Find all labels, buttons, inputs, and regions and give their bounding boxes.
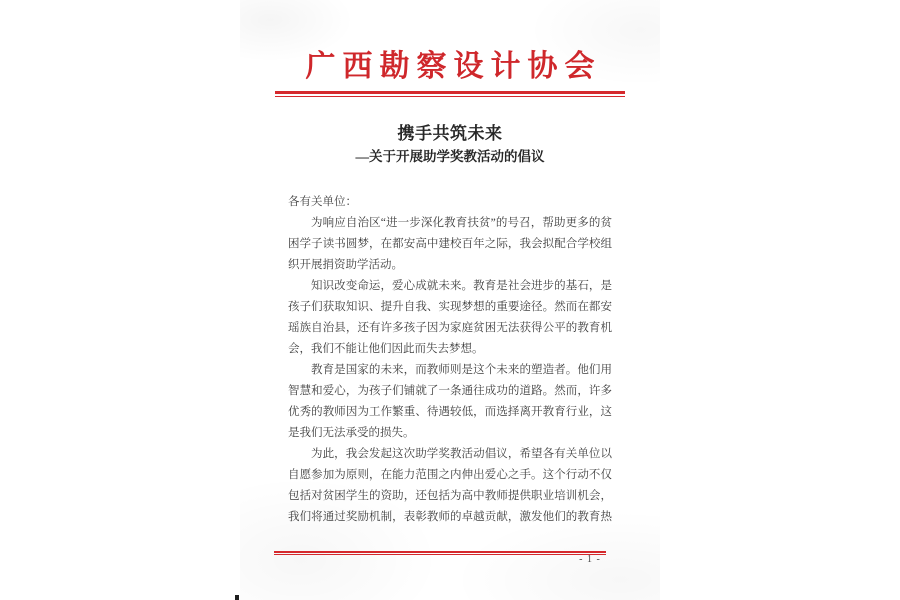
- text-line: 教育是国家的未来，而教师则是这个未来的塑造者。他们用: [288, 360, 612, 381]
- document-title: 携手共筑未来: [240, 122, 660, 146]
- document-paper: 广西勘察设计协会 携手共筑未来 —关于开展助学奖教活动的倡议 各有关单位： 为响…: [240, 0, 660, 600]
- document-body: 各有关单位： 为响应自治区“进一步深化教育扶贫”的号召，帮助更多的贫 困学子读书…: [288, 192, 612, 528]
- text-line: 是我们无法承受的损失。: [288, 423, 612, 444]
- text-line: 织开展捐资助学活动。: [288, 255, 612, 276]
- scan-corner-mark: [235, 595, 239, 600]
- letterhead-double-rule: [275, 91, 625, 97]
- salutation: 各有关单位：: [288, 192, 612, 213]
- document-subtitle: —关于开展助学奖教活动的倡议: [240, 147, 660, 167]
- text-line: 孩子们获取知识、提升自我、实现梦想的重要途径。然而在都安: [288, 297, 612, 318]
- body-paragraph: 知识改变命运，爱心成就未来。教育是社会进步的基石，是 孩子们获取知识、提升自我、…: [288, 276, 612, 360]
- body-paragraph: 教育是国家的未来，而教师则是这个未来的塑造者。他们用 智慧和爱心，为孩子们铺就了…: [288, 360, 612, 444]
- footer-double-rule: [274, 551, 606, 555]
- text-line: 优秀的教师因为工作繁重、待遇较低，而选择离开教育行业，这: [288, 402, 612, 423]
- scanned-document-page: 广西勘察设计协会 携手共筑未来 —关于开展助学奖教活动的倡议 各有关单位： 为响…: [0, 0, 900, 600]
- text-line: 困学子读书圆梦，在都安高中建校百年之际，我会拟配合学校组: [288, 234, 612, 255]
- body-paragraph: 为此，我会发起这次助学奖教活动倡议，希望各有关单位以 自愿参加为原则，在能力范围…: [288, 444, 612, 528]
- text-line: 知识改变命运，爱心成就未来。教育是社会进步的基石，是: [288, 276, 612, 297]
- text-line: 包括对贫困学生的资助，还包括为高中教师提供职业培训机会，: [288, 486, 612, 507]
- text-line: 会，我们不能让他们因此而失去梦想。: [288, 339, 612, 360]
- text-line: 瑶族自治县，还有许多孩子因为家庭贫困无法获得公平的教育机: [288, 318, 612, 339]
- text-line: 智慧和爱心，为孩子们铺就了一条通往成功的道路。然而，许多: [288, 381, 612, 402]
- page-number: - 1 -: [565, 554, 615, 565]
- text-line: 为此，我会发起这次助学奖教活动倡议，希望各有关单位以: [288, 444, 612, 465]
- text-line: 自愿参加为原则，在能力范围之内伸出爱心之手。这个行动不仅: [288, 465, 612, 486]
- body-paragraph: 为响应自治区“进一步深化教育扶贫”的号召，帮助更多的贫 困学子读书圆梦，在都安高…: [288, 213, 612, 276]
- letterhead-title: 广西勘察设计协会: [240, 50, 660, 84]
- text-line: 为响应自治区“进一步深化教育扶贫”的号召，帮助更多的贫: [288, 213, 612, 234]
- text-line: 我们将通过奖励机制，表彰教师的卓越贡献，激发他们的教育热: [288, 507, 612, 528]
